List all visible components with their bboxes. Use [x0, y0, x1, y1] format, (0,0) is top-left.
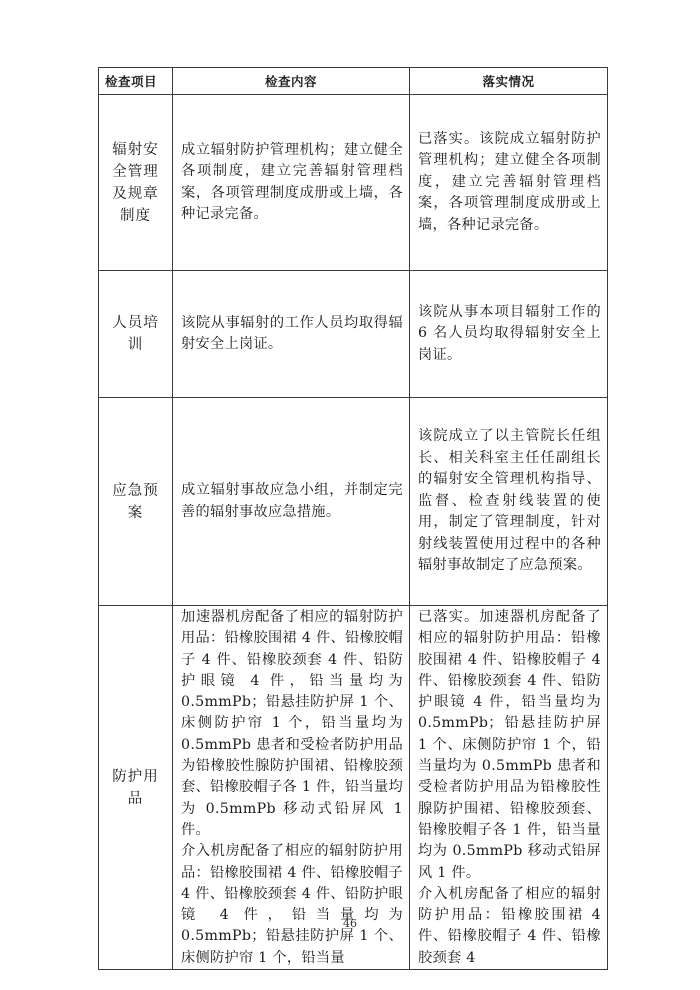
- row-item-label: 辐射安全管理及规章制度: [99, 95, 173, 271]
- row-item-label: 防护用品: [99, 606, 173, 970]
- table-row: 辐射安全管理及规章制度 成立辐射防护管理机构；建立健全各项制度，建立完善辐射管理…: [99, 95, 608, 271]
- table-header-row: 检查项目 检查内容 落实情况: [99, 68, 608, 95]
- inspection-table: 检查项目 检查内容 落实情况 辐射安全管理及规章制度 成立辐射防护管理机构；建立…: [98, 67, 608, 970]
- row-content: 加速器机房配备了相应的辐射防护用品：铅橡胶围裙 4 件、铅橡胶帽子 4 件、铅橡…: [173, 606, 410, 970]
- row-item-label: 人员培训: [99, 271, 173, 398]
- header-content: 检查内容: [173, 68, 410, 95]
- header-status: 落实情况: [410, 68, 608, 95]
- row-content: 成立辐射事故应急小组，并制定完善的辐射事故应急措施。: [173, 398, 410, 606]
- table-row: 人员培训 该院从事辐射的工作人员均取得辐射安全上岗证。 该院从事本项目辐射工作的…: [99, 271, 608, 398]
- table-row: 防护用品 加速器机房配备了相应的辐射防护用品：铅橡胶围裙 4 件、铅橡胶帽子 4…: [99, 606, 608, 970]
- row-content: 该院从事辐射的工作人员均取得辐射安全上岗证。: [173, 271, 410, 398]
- row-status: 已落实。加速器机房配备了相应的辐射防护用品：铅橡胶围裙 4 件、铅橡胶帽子 4 …: [410, 606, 608, 970]
- page-number: 46: [0, 917, 700, 930]
- content-paragraph: 加速器机房配备了相应的辐射防护用品：铅橡胶围裙 4 件、铅橡胶帽子 4 件、铅橡…: [181, 607, 403, 841]
- row-item-label: 应急预案: [99, 398, 173, 606]
- status-paragraph: 已落实。加速器机房配备了相应的辐射防护用品：铅橡胶围裙 4 件、铅橡胶帽子 4 …: [418, 607, 601, 884]
- header-item: 检查项目: [99, 68, 173, 95]
- row-status: 该院从事本项目辐射工作的 6 名人员均取得辐射安全上岗证。: [410, 271, 608, 398]
- row-status: 已落实。该院成立辐射防护管理机构；建立健全各项制度，建立完善辐射管理档案，各项管…: [410, 95, 608, 271]
- content-paragraph: 介入机房配备了相应的辐射防护用品：铅橡胶围裙 4 件、铅橡胶帽子 4 件、铅橡胶…: [181, 841, 403, 969]
- table-row: 应急预案 成立辐射事故应急小组，并制定完善的辐射事故应急措施。 该院成立了以主管…: [99, 398, 608, 606]
- row-status: 该院成立了以主管院长任组长、相关科室主任任副组长的辐射安全管理机构指导、监督、检…: [410, 398, 608, 606]
- row-content: 成立辐射防护管理机构；建立健全各项制度，建立完善辐射管理档案，各项管理制度成册或…: [173, 95, 410, 271]
